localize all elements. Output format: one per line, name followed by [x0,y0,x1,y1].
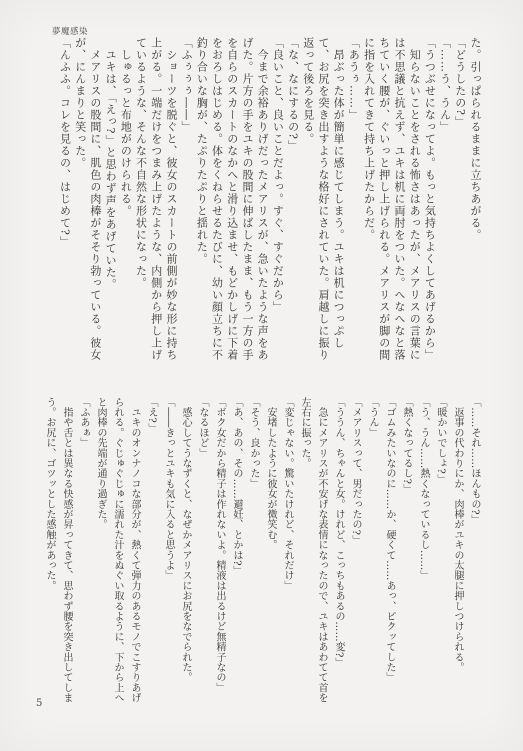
paragraph: 「ボク女だから精子は作れないよ。精液は出るけど無精子なの」 [211,397,228,705]
paragraph: 「ゴムみたいなのに……か、硬くて……あっ、ピクッてした」 [381,397,398,705]
paragraph: 「あうぅ……」 [346,37,361,361]
novel-page: 夢魔感染 た。引っぱられるままに立ちあがる。「どうしたの?」「……う、うん」「う… [0,0,523,751]
paragraph: 「そう、良かった」 [245,397,262,705]
paragraph: 「どうしたの?」 [453,37,468,361]
paragraph: 「え?」 [143,397,160,705]
paragraph: 「メアリスって、男だったの?」 [347,397,364,705]
paragraph: 「良いこと、良いことだよっ。すぐ、すぐだから」 [270,37,285,361]
paragraph: 「ふぅぅぅ――」 [179,37,194,361]
paragraph: 「変じゃない。驚いたけれど、それだけ」 [279,397,296,705]
paragraph: 返事の代わりにか、肉棒がユキの太腿に押しつけられる。 [449,397,466,705]
paragraph: しゅるっと布地がのけられる。 [118,37,133,361]
paragraph: 「うつぶせになってよ。もっと気持ちよくしてあげるから」 [422,37,437,361]
paragraph: 「暖かいでしょ?」 [432,397,449,705]
paragraph: 「うん」 [364,397,381,705]
paragraph: ショーツを脱ぐと、彼女のスカートの前側が妙な形に持ち上がる。一端だけをつまみ上げ… [133,37,179,361]
paragraph: 「……それ……ほんもの?」 [466,397,483,705]
paragraph: 「う、うん……熱くなっているし……」 [415,397,432,705]
paragraph: 急にメアリスが不安げな表情になったので、ユキはあわてて首を左右に振った。 [296,397,330,705]
paragraph: 「熱くなってるし?」 [398,397,415,705]
running-header-title: 夢魔感染 [52,25,88,37]
paragraph: 「……う、うん」 [437,37,452,361]
text-band-top: た。引っぱられるままに立ちあがる。「どうしたの?」「……う、うん」「うつぶせにな… [57,37,483,361]
paragraph: 「な、なにするの?」 [285,37,300,361]
paragraph: 「ううん、ちゃんと女。けれど、こっちもあるの……変?」 [330,397,347,705]
paragraph: 昂ぶった体が簡単に感じてしまう。ユキは机につっぷして、お尻を突き出すような格好に… [301,37,347,361]
paragraph: ユキのオンナノコな部分が、熱くて弾力のあるモノでこすりあげられる。ぐじゅぐじゅに… [92,397,143,705]
paragraph: 「あ、あの、その……避妊、とかは?」 [228,397,245,705]
paragraph: 今まで余裕ありげだったメアリスが、急いたような声をあげた。片方の手をユキの股間に… [194,37,270,361]
paragraph: ユキは、「えっ?」と思わず声をあげていた。 [103,37,118,361]
paragraph: メアリスの股間に、肌色の肉棒がそそり勃っている。彼女が、にんまりと笑った。 [73,37,103,361]
paragraph: 安堵したように彼女が微笑む。 [262,397,279,705]
paragraph: 知らないことをされる怖さはあったが、メアリスの言葉には不思議と抗えず、ユキは机に… [361,37,422,361]
paragraph: た。引っぱられるままに立ちあがる。 [468,37,483,361]
paragraph: 「なるほど」 [194,397,211,705]
text-band-bottom: 「……それ……ほんもの?」 返事の代わりにか、肉棒がユキの太腿に押しつけられる。… [41,397,483,705]
paragraph: 「ふあぁ」 [75,397,92,705]
page-number: 5 [36,698,42,709]
paragraph: 「んふふ。コレを見るの、はじめて?」 [57,37,72,361]
paragraph: 指や舌とは異なる快感が昇ってきて、思わず腰を突き出してしまう。お尻に、ゴツッとし… [41,397,75,705]
paragraph: 「――きっとユキも気に入ると思うよ」 [160,397,177,705]
paragraph: 感心してうなずくと、なぜかメアリスにお尻をなでられた。 [177,397,194,705]
